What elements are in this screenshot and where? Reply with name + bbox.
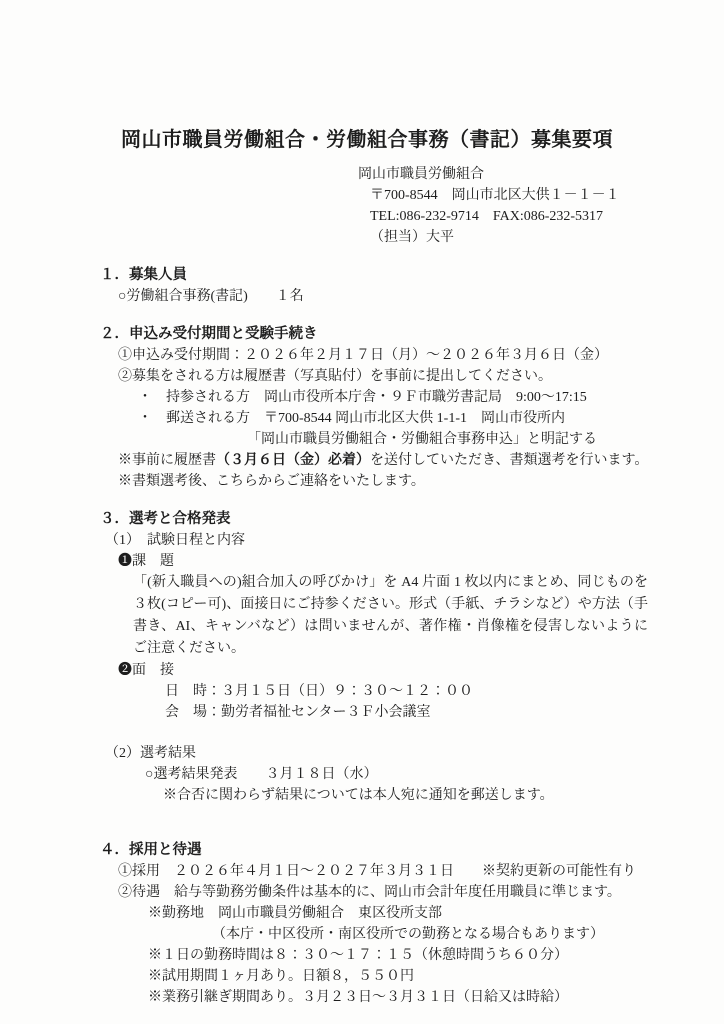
result-announcement-line: ○選考結果発表 ３月１８日（水）: [100, 764, 664, 785]
result-subheading: （2）選考結果: [100, 743, 664, 764]
presubmit-post: を送付していただき、書類選考を行います。: [370, 453, 648, 468]
task-label: ❶課 題: [100, 551, 664, 572]
handover-line: ※業務引継ぎ期間あり。３月２３日～３月３１日（日給又は時給）: [100, 987, 664, 1008]
interview-label: ❷面 接: [100, 660, 664, 681]
section-2-heading: ２．申込み受付期間と受験手続き: [100, 323, 664, 345]
workplace-line: ※勤務地 岡山市職員労働組合 東区役所支部: [100, 903, 664, 924]
resume-line: ②募集をされる方は履歴書（写真貼付）を事前に提出してください。: [100, 366, 664, 387]
scanned-document-page: 岡山市職員労働組合・労働組合事務（書記）募集要項 岡山市職員労働組合 〒700-…: [0, 0, 724, 1024]
contact-org: 岡山市職員労働組合: [358, 164, 664, 185]
probation-line: ※試用期間１ヶ月あり。日額８，５５０円: [100, 966, 664, 987]
section-application: ２．申込み受付期間と受験手続き ①申込み受付期間：２０２６年２月１７日（月）～２…: [100, 323, 664, 492]
result-note-line: ※合否に関わらず結果については本人宛に通知を郵送します。: [100, 785, 664, 806]
presubmit-deadline: （３月６日（金）必着）: [216, 453, 370, 468]
exam-schedule-subheading: （1） 試験日程と内容: [100, 530, 664, 551]
contact-after-screening-line: ※書類選考後、こちらからご連絡をいたします。: [100, 471, 664, 492]
recruit-position-line: ○労働組合事務(書記) １名: [100, 286, 664, 307]
section-selection: ３．選考と合格発表 （1） 試験日程と内容 ❶課 題 「(新入職員への)組合加入…: [100, 508, 664, 806]
interview-datetime-line: 日 時：３月１５日（日）９：３０～１２：００: [100, 681, 664, 702]
section-3-heading: ３．選考と合格発表: [100, 508, 664, 530]
contact-tel-fax: TEL:086-232-9714 FAX:086-232-5317: [358, 206, 664, 227]
presubmit-pre: ※事前に履歴書: [118, 453, 216, 468]
document-title: 岡山市職員労働組合・労働組合事務（書記）募集要項: [70, 126, 664, 154]
workplace-note-line: （本庁・中区役所・南区役所での勤務となる場合もあります）: [100, 924, 664, 945]
section-employment: ４．採用と待遇 ①採用 ２０２６年４月１日～２０２７年３月３１日 ※契約更新の可…: [100, 839, 664, 1008]
application-period-line: ①申込み受付期間：２０２６年２月１７日（月）～２０２６年３月６日（金）: [100, 345, 664, 366]
hire-period-line: ①採用 ２０２６年４月１日～２０２７年３月３１日 ※契約更新の可能性有り: [100, 861, 664, 882]
section-4-heading: ４．採用と待遇: [100, 839, 664, 861]
mail-line: ・ 郵送される方 〒700-8544 岡山市北区大供 1-1-1 岡山市役所内: [100, 408, 664, 429]
presubmit-line: ※事前に履歴書（３月６日（金）必着）を送付していただき、書類選考を行います。: [100, 450, 664, 471]
section-1-heading: １．募集人員: [100, 264, 664, 286]
contact-address: 〒700-8544 岡山市北区大供１－１－１: [358, 185, 664, 206]
interview-venue-line: 会 場：勤労者福祉センター３Ｆ小会議室: [100, 702, 664, 723]
bring-in-person-line: ・ 持参される方 岡山市役所本庁舎・９Ｆ市職労書記局 9:00～17:15: [100, 387, 664, 408]
mail-note-line: 「岡山市職員労働組合・労働組合事務申込」と明記する: [100, 429, 664, 450]
section-recruit-count: １．募集人員 ○労働組合事務(書記) １名: [100, 264, 664, 307]
contact-block: 岡山市職員労働組合 〒700-8544 岡山市北区大供１－１－１ TEL:086…: [358, 164, 664, 248]
contact-person: （担当）大平: [358, 227, 664, 248]
task-description: 「(新入職員への)組合加入の呼びかけ」を A4 片面 1 枚以内にまとめ、同じも…: [100, 572, 648, 660]
working-hours-line: ※１日の勤務時間は８：３０～１７：１５（休憩時間うち６０分）: [100, 945, 664, 966]
treatment-line: ②待遇 給与等勤務労働条件は基本的に、岡山市会計年度任用職員に準じます。: [100, 882, 664, 903]
